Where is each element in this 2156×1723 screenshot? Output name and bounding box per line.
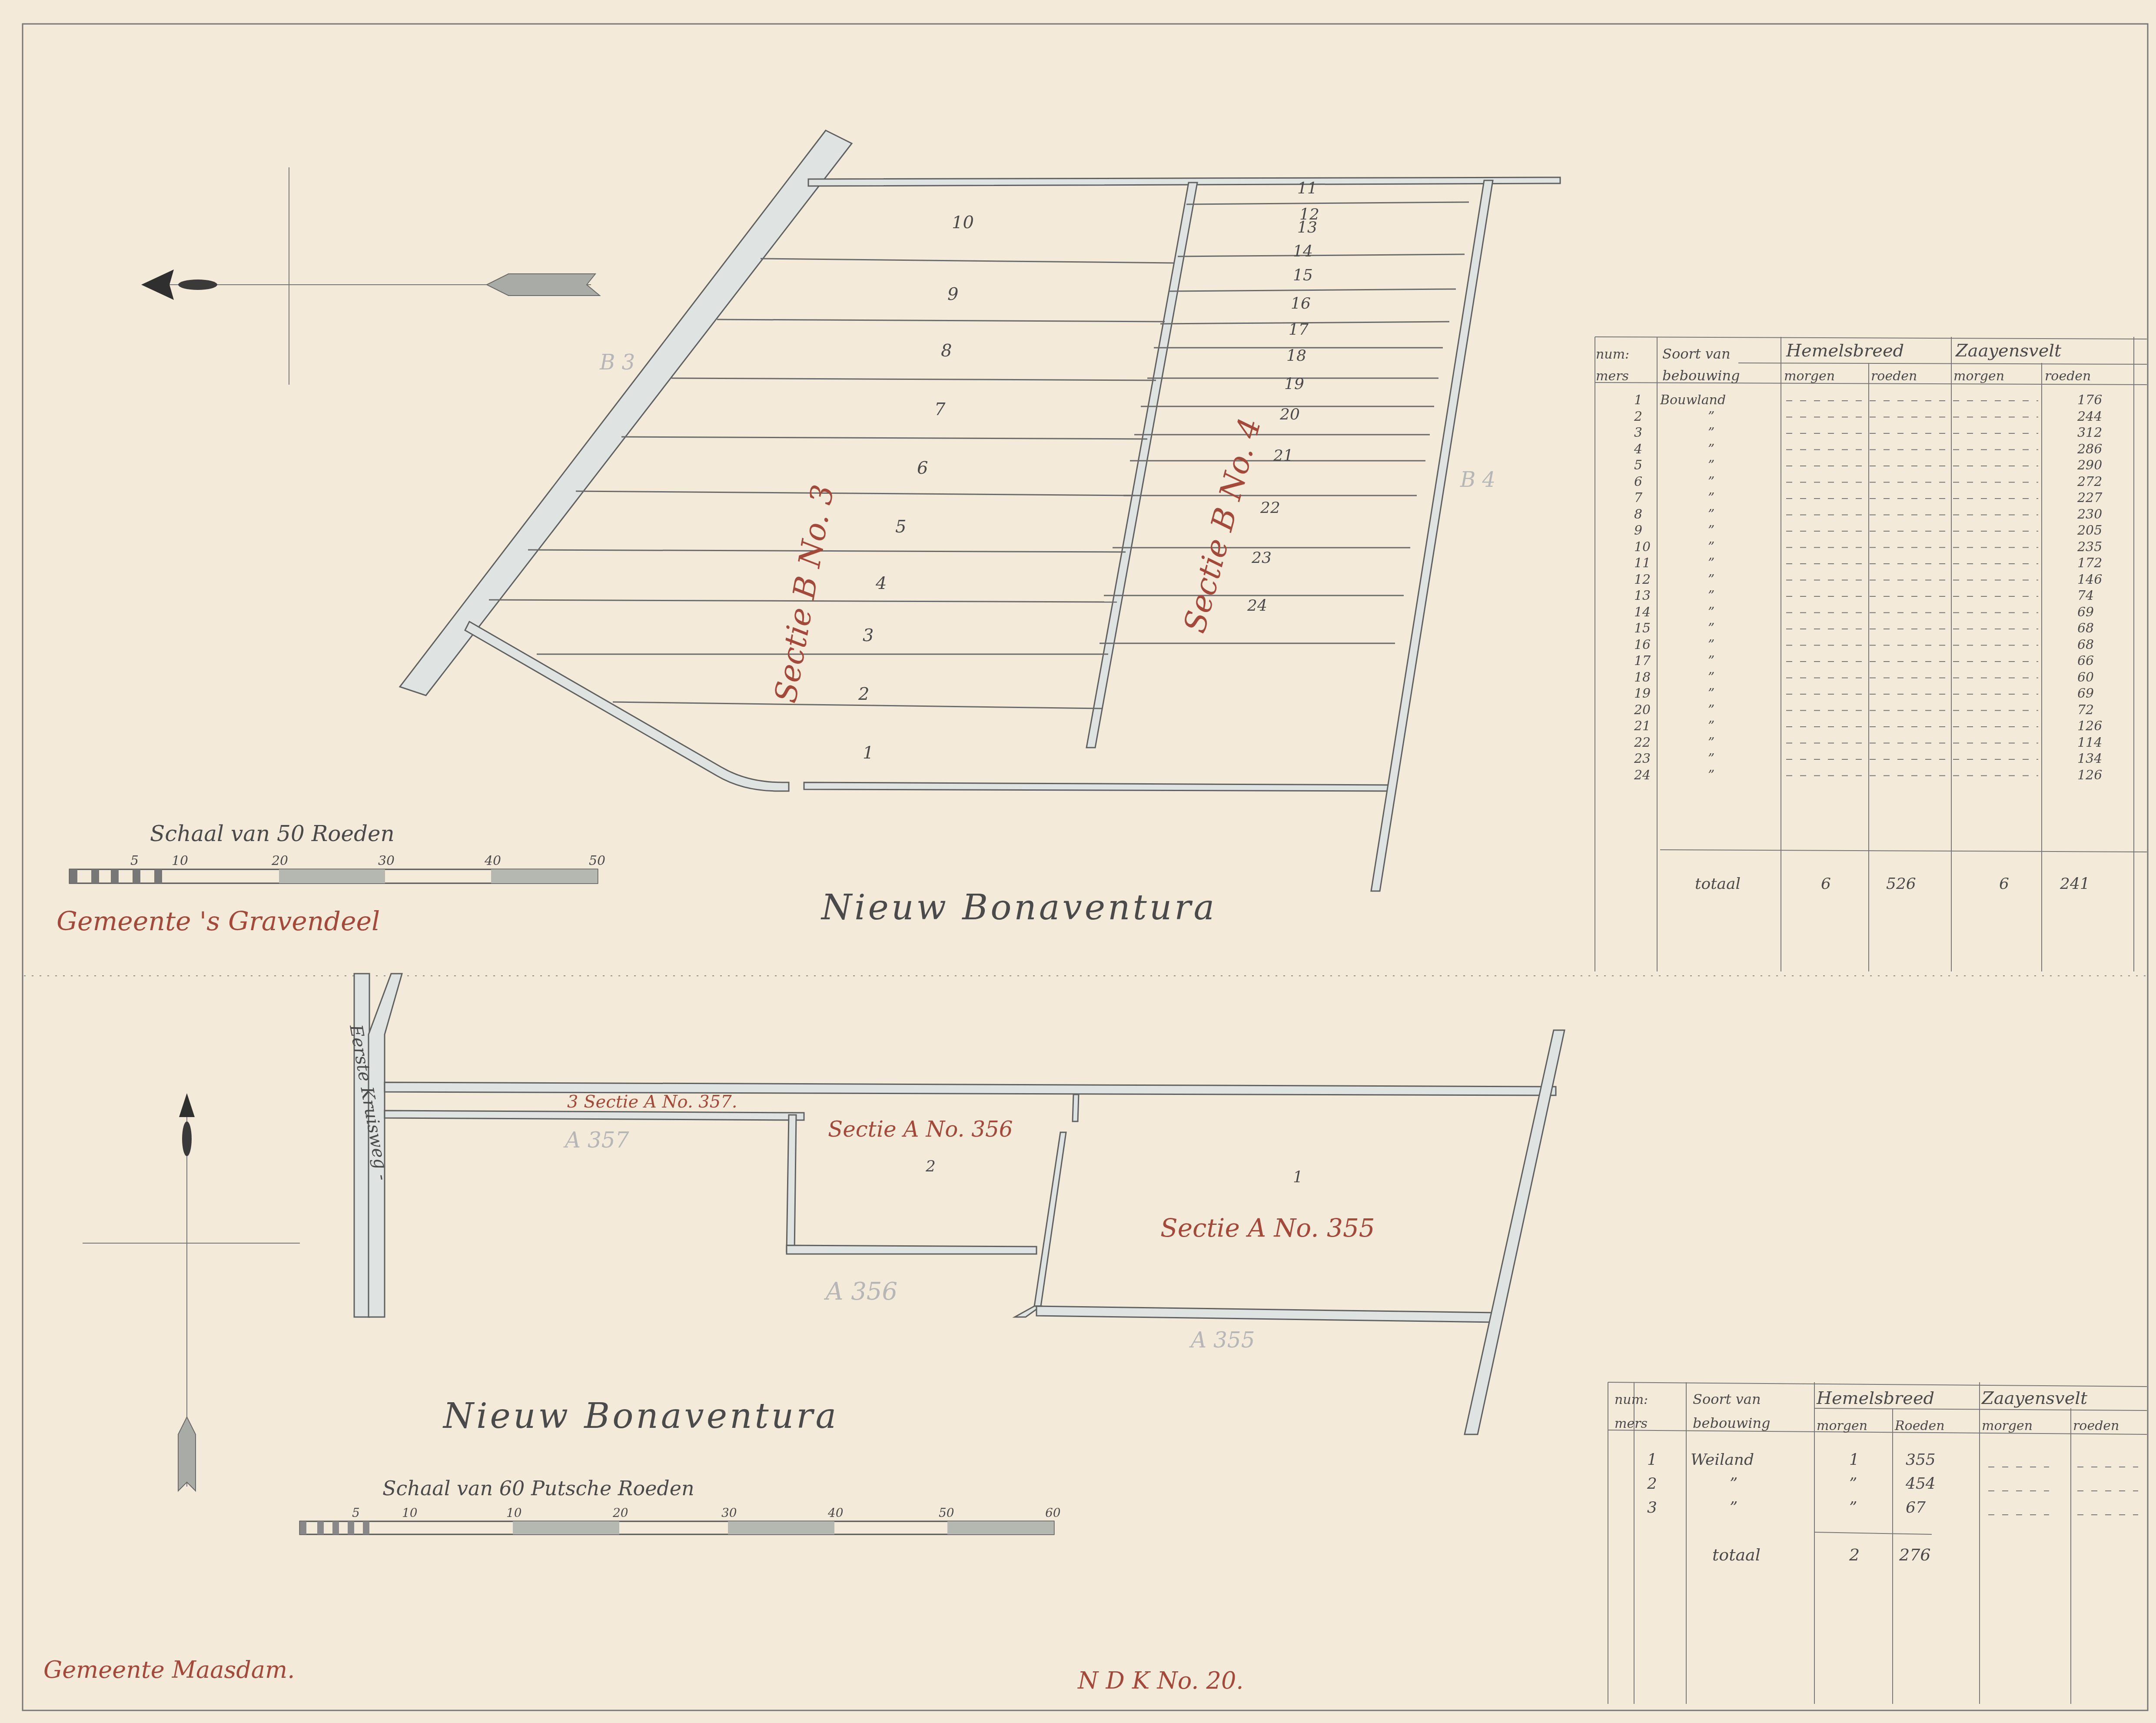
svg-text:2: 2: [1849, 1545, 1860, 1564]
svg-text:3: 3: [863, 625, 874, 645]
north-road-bottom: [385, 1082, 1556, 1095]
sheet-reference: N D K No. 20.: [1077, 1667, 1243, 1694]
row-land-type: ”: [1708, 474, 1714, 489]
row-land-type: ”: [1708, 572, 1714, 587]
row-land-type: ”: [1708, 588, 1714, 603]
svg-text:5: 5: [895, 517, 906, 537]
row-roeden: 235: [2077, 539, 2102, 555]
svg-text:num:: num:: [1596, 347, 1629, 362]
row-number: 1: [1634, 392, 1642, 408]
svg-text:morgen: morgen: [1817, 1418, 1867, 1434]
svg-text:Hemelsbreed: Hemelsbreed: [1786, 341, 1904, 361]
row-number: 20: [1634, 702, 1651, 718]
row-number: 2: [1647, 1475, 1657, 1493]
row-roeden: 290: [2077, 458, 2102, 473]
row-roeden: 230: [2077, 507, 2102, 522]
svg-text:4: 4: [875, 573, 887, 593]
road-label-kruisweg: Eerste Kruisweg -: [345, 1023, 392, 1182]
row-land-type: ”: [1708, 507, 1714, 522]
svg-text:241: 241: [2060, 875, 2090, 893]
svg-text:16: 16: [1291, 295, 1311, 313]
row-number: 9: [1634, 523, 1642, 538]
row-roeden: 205: [2077, 523, 2102, 538]
row-number: 4: [1634, 442, 1642, 457]
svg-text:5: 5: [352, 1506, 360, 1520]
north-road: [808, 177, 1560, 186]
parcel-numbers-right: 11 12 13 14 15 16 17 18 19 20 21 22 23 2…: [1247, 180, 1319, 615]
svg-text:15: 15: [1293, 266, 1313, 284]
row-roeden: 172: [2077, 555, 2102, 571]
svg-text:roeden: roeden: [2073, 1418, 2119, 1434]
section-label-b3: Sectie B No. 3: [767, 482, 841, 705]
row-roeden: 126: [2077, 718, 2102, 734]
svg-text:14: 14: [1293, 243, 1313, 260]
parcel-lines-left: [489, 259, 1173, 708]
svg-text:Zaayensvelt: Zaayensvelt: [1955, 341, 2062, 361]
row-land-type: ”: [1708, 409, 1714, 424]
faint-label-357: A 357: [563, 1128, 629, 1153]
row-number: 24: [1634, 768, 1651, 783]
row-number: 18: [1634, 670, 1651, 685]
row-number: 19: [1634, 686, 1651, 701]
svg-text:1: 1: [863, 743, 874, 763]
total-label-bottom: totaal: [1712, 1545, 1761, 1564]
svg-text:6: 6: [1999, 875, 2009, 893]
svg-text:6: 6: [1821, 875, 1831, 893]
svg-text:morgen: morgen: [1784, 369, 1835, 384]
row-land-type: ”: [1708, 458, 1714, 473]
curved-side-road: [465, 622, 789, 791]
place-name-bottom: Nieuw Bonaventura: [442, 1396, 839, 1436]
svg-text:8: 8: [941, 341, 952, 361]
bottom-parcel-map: Eerste Kruisweg - 3 Sectie A No. 357. Se…: [345, 974, 1565, 1436]
row-land-type: ”: [1730, 1499, 1737, 1517]
svg-text:Roeden: Roeden: [1894, 1418, 1945, 1434]
svg-text:Soort van: Soort van: [1693, 1391, 1761, 1407]
svg-text:60: 60: [1045, 1506, 1061, 1520]
svg-text:13: 13: [1297, 219, 1317, 236]
compass-arrow-top: [141, 167, 600, 385]
row-land-type: ”: [1708, 539, 1714, 555]
row-roeden: 69: [2077, 605, 2094, 620]
row-roeden: 66: [2077, 653, 2094, 669]
svg-text:Soort van: Soort van: [1662, 346, 1731, 362]
row-roeden: 227: [2077, 490, 2103, 506]
row-land-type: ”: [1708, 653, 1714, 669]
svg-text:21: 21: [1273, 447, 1293, 465]
row-number: 7: [1634, 490, 1643, 506]
svg-text:morgen: morgen: [1953, 369, 2004, 384]
faint-label-356: A 356: [824, 1277, 897, 1306]
row-number: 23: [1634, 751, 1651, 766]
row-number: 22: [1634, 735, 1651, 750]
faint-label-355: A 355: [1189, 1327, 1255, 1353]
svg-text:mers: mers: [1596, 369, 1629, 384]
municipality-top: Gemeente 's Gravendeel: [56, 906, 380, 937]
scale-title-bottom: Schaal van 60 Putsche Roeden: [382, 1477, 694, 1500]
row-land-type: ”: [1708, 490, 1714, 506]
south-road-bottom: [1036, 1306, 1495, 1322]
svg-text:23: 23: [1251, 549, 1272, 567]
row-number: 5: [1634, 458, 1642, 473]
svg-text:11: 11: [1297, 180, 1317, 197]
row-land-type: ”: [1708, 621, 1714, 636]
neighbor-label-b3: B 3: [599, 350, 635, 375]
row-land-type: ”: [1708, 735, 1714, 750]
area-table-bottom: num: mers Soort van bebouwing Hemelsbree…: [1608, 1382, 2147, 1704]
row-land-type: ”: [1708, 670, 1714, 685]
row-roeden: 126: [2077, 768, 2102, 783]
svg-text:276: 276: [1899, 1545, 1931, 1564]
row-roeden: 244: [2077, 409, 2102, 424]
parcel-356-east-edge: [1034, 1132, 1066, 1306]
row-roeden: 114: [2077, 735, 2102, 750]
row-roeden: 176: [2077, 392, 2102, 408]
row-land-type: ”: [1708, 718, 1714, 734]
svg-text:9: 9: [947, 284, 958, 304]
row-number: 13: [1634, 588, 1651, 603]
east-ditch: [1371, 180, 1493, 891]
svg-text:mers: mers: [1615, 1416, 1648, 1431]
parcel-number-1: 1: [1293, 1168, 1303, 1186]
row-morgen: ”: [1849, 1499, 1857, 1517]
svg-text:22: 22: [1260, 499, 1280, 517]
svg-text:40: 40: [827, 1506, 844, 1520]
row-land-type: ”: [1708, 702, 1714, 718]
row-land-type: ”: [1708, 523, 1714, 538]
total-label-top: totaal: [1695, 875, 1741, 893]
row-roeden: 286: [2077, 442, 2102, 457]
row-land-type: ”: [1708, 637, 1714, 652]
row-land-type: ”: [1708, 768, 1714, 783]
inner-road-357: [385, 1111, 804, 1120]
row-land-type: Bouwland: [1660, 392, 1726, 408]
svg-text:num:: num:: [1615, 1392, 1648, 1407]
row-number: 8: [1634, 507, 1642, 522]
svg-text:20: 20: [612, 1506, 628, 1520]
parcel-numbers-left: 10 9 8 7 6 5 4 3 2 1: [858, 213, 974, 763]
row-land-type: ”: [1708, 425, 1714, 440]
row-roeden: 454: [1905, 1475, 1936, 1493]
svg-text:17: 17: [1289, 321, 1309, 339]
row-roeden: 74: [2077, 588, 2094, 603]
row-number: 17: [1634, 653, 1651, 669]
svg-text:20: 20: [1279, 406, 1300, 423]
row-number: 21: [1634, 718, 1651, 734]
row-land-type: Weiland: [1691, 1451, 1754, 1469]
row-number: 3: [1634, 425, 1642, 440]
row-roeden: 134: [2077, 751, 2102, 766]
south-road: [804, 782, 1391, 791]
row-roeden: 60: [2077, 670, 2094, 685]
svg-text:7: 7: [934, 399, 946, 419]
row-land-type: ”: [1708, 555, 1714, 571]
row-land-type: ”: [1708, 686, 1714, 701]
svg-text:10: 10: [172, 853, 188, 868]
row-roeden: 272: [2077, 474, 2102, 489]
svg-text:20: 20: [271, 853, 288, 868]
svg-text:Zaayensvelt: Zaayensvelt: [1981, 1388, 2088, 1408]
svg-text:50: 50: [589, 853, 605, 868]
svg-text:30: 30: [378, 853, 395, 868]
svg-text:10: 10: [952, 213, 974, 233]
area-table-top-rows: 1Bouwland1762”2443”3124”2865”2906”2727”2…: [1634, 392, 2103, 783]
svg-text:10: 10: [402, 1506, 418, 1520]
row-roeden: 68: [2077, 637, 2094, 652]
row-number: 1: [1647, 1451, 1657, 1469]
svg-text:526: 526: [1886, 875, 1916, 893]
parcel-label-357: 3 Sectie A No. 357.: [567, 1092, 737, 1112]
compass-arrow-bottom: [83, 1093, 300, 1491]
row-number: 16: [1634, 637, 1651, 652]
svg-text:roeden: roeden: [2045, 369, 2091, 384]
svg-text:bebouwing: bebouwing: [1662, 367, 1740, 384]
middle-ditch: [1086, 183, 1197, 748]
svg-text:40: 40: [484, 853, 501, 868]
parcel-number-2: 2: [925, 1158, 936, 1175]
row-number: 14: [1634, 605, 1651, 620]
row-number: 2: [1634, 409, 1642, 424]
svg-text:24: 24: [1247, 597, 1267, 615]
row-morgen: 1: [1849, 1451, 1859, 1469]
row-land-type: ”: [1708, 605, 1714, 620]
row-roeden: 68: [2077, 621, 2094, 636]
row-number: 12: [1634, 572, 1651, 587]
row-number: 10: [1634, 539, 1651, 555]
svg-text:morgen: morgen: [1982, 1418, 2033, 1434]
row-number: 15: [1634, 621, 1651, 636]
row-number: 6: [1634, 474, 1642, 489]
row-number: 3: [1647, 1499, 1657, 1517]
svg-text:Hemelsbreed: Hemelsbreed: [1816, 1388, 1934, 1408]
neighbor-label-b4: B 4: [1460, 468, 1495, 492]
svg-text:2: 2: [858, 684, 869, 704]
parcel-label-355: Sectie A No. 355: [1160, 1213, 1375, 1243]
row-roeden: 355: [1906, 1451, 1936, 1469]
row-roeden: 67: [1906, 1499, 1926, 1517]
svg-text:roeden: roeden: [1871, 369, 1917, 384]
top-parcel-map: 10 9 8 7 6 5 4 3 2 1 11 12 13 14 15 16 1…: [400, 130, 1560, 928]
place-name-top: Nieuw Bonaventura: [821, 887, 1217, 928]
row-roeden: 69: [2077, 686, 2094, 701]
cadastral-map-sheet: 10 9 8 7 6 5 4 3 2 1 11 12 13 14 15 16 1…: [0, 0, 2156, 1723]
svg-text:bebouwing: bebouwing: [1693, 1415, 1771, 1431]
svg-text:18: 18: [1286, 347, 1306, 365]
row-roeden: 146: [2077, 572, 2102, 587]
parcel-356-west-edge: [787, 1115, 796, 1252]
row-land-type: ”: [1730, 1475, 1737, 1493]
row-morgen: ”: [1849, 1475, 1857, 1493]
parcel-356-south-edge: [787, 1245, 1036, 1254]
row-number: 11: [1634, 555, 1651, 571]
row-land-type: ”: [1708, 751, 1714, 766]
sheet-border: [23, 24, 2148, 1710]
municipality-bottom: Gemeente Maasdam.: [43, 1656, 295, 1683]
svg-text:50: 50: [939, 1506, 954, 1520]
svg-text:5: 5: [130, 853, 139, 868]
area-table-top: num: mers Soort van bebouwing Hemelsbree…: [1595, 337, 2147, 971]
scale-bar-top: Schaal van 50 Roeden 5 10 20 30 40 50: [70, 821, 605, 883]
svg-text:10: 10: [506, 1506, 522, 1520]
row-roeden: 72: [2077, 702, 2094, 718]
svg-text:19: 19: [1284, 375, 1304, 393]
parcel-356-east-edge-top: [1073, 1094, 1079, 1121]
svg-text:30: 30: [721, 1506, 737, 1520]
scale-bar-bottom: Schaal van 60 Putsche Roeden 5 10 10 20 …: [300, 1477, 1061, 1534]
scale-title-top: Schaal van 50 Roeden: [150, 821, 395, 846]
row-roeden: 312: [2077, 425, 2102, 440]
row-land-type: ”: [1708, 442, 1714, 457]
map-canvas: 10 9 8 7 6 5 4 3 2 1 11 12 13 14 15 16 1…: [0, 0, 2156, 1723]
parcel-label-356: Sectie A No. 356: [828, 1117, 1013, 1142]
svg-text:6: 6: [917, 458, 928, 478]
